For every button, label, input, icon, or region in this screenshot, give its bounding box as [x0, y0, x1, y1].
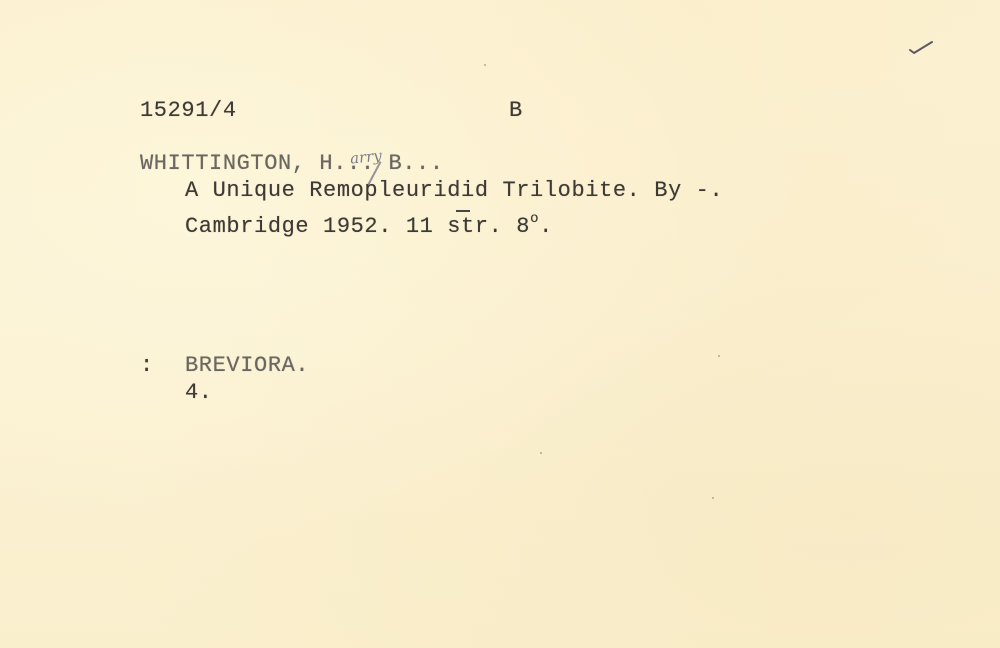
paper-speck [718, 355, 720, 357]
checkmark-icon [906, 38, 936, 56]
author-heading: WHITTINGTON, H... B... [140, 153, 444, 175]
paper-speck [484, 64, 486, 66]
imprint-end: . [539, 214, 553, 239]
typed-dash-mark [456, 210, 470, 212]
catalog-card: 15291/4 B WHITTINGTON, H... B... arry A … [0, 0, 1000, 648]
imprint-text: Cambridge 1952. 11 str. 8 [185, 214, 530, 239]
location-code: B [509, 100, 523, 122]
series-marker: : [140, 355, 154, 377]
series-number: 4. [185, 382, 213, 404]
series-name: BREVIORA. [185, 355, 309, 377]
title-line: A Unique Remopleuridid Trilobite. By -. [185, 180, 723, 202]
paper-speck [712, 497, 714, 499]
call-number: 15291/4 [140, 100, 237, 122]
imprint-line: Cambridge 1952. 11 str. 8o. [185, 216, 553, 238]
paper-speck [540, 452, 542, 454]
format-superscript: o [530, 211, 539, 227]
